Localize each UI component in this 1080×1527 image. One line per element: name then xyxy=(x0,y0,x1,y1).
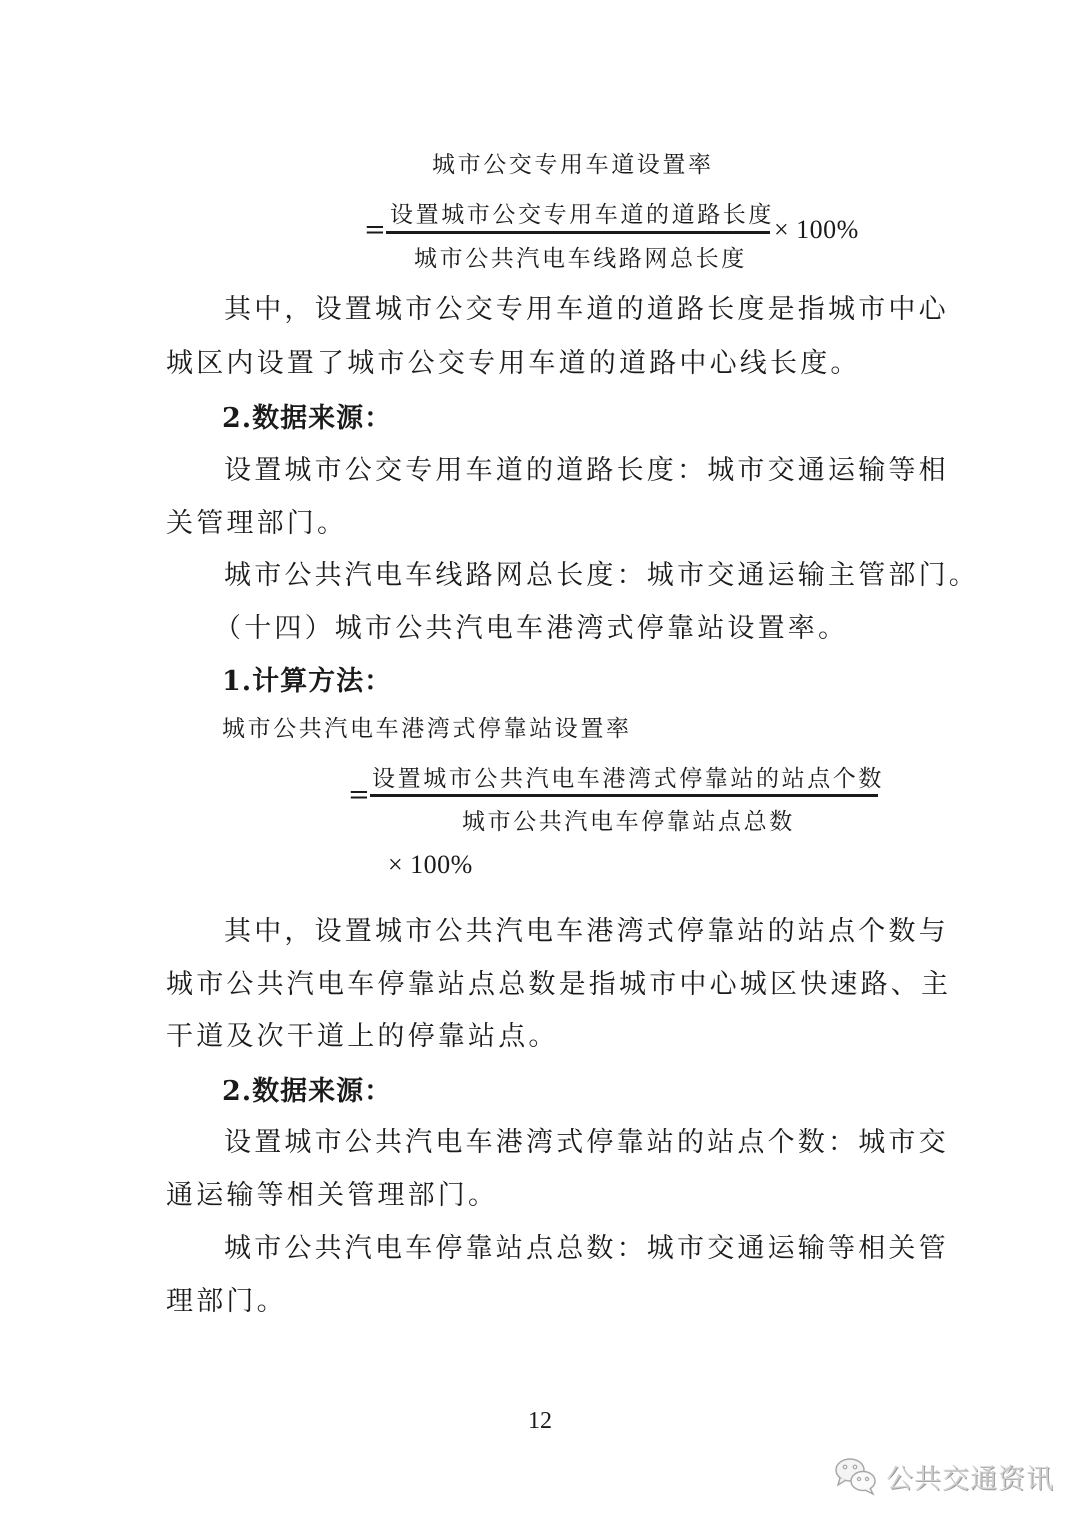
data-source-2-item2-line2: 理部门。 xyxy=(166,1279,287,1318)
calc-method-heading: 1.计算方法： xyxy=(222,659,392,698)
formula1-denominator: 城市公共汽电车线路网总长度 xyxy=(414,240,747,273)
formula2-denominator: 城市公共汽电车停靠站点总数 xyxy=(462,803,795,836)
formula1-multiplier: × 100% xyxy=(774,215,859,245)
formula2-label: 城市公共汽电车港湾式停靠站设置率 xyxy=(222,710,632,743)
data-source-2-item1-line2: 通运输等相关管理部门。 xyxy=(166,1173,498,1212)
data-source-1-item1-line2: 关管理部门。 xyxy=(166,501,347,540)
para1-line1: 其中，设置城市公交专用车道的道路长度是指城市中心 xyxy=(224,287,949,326)
wechat-icon xyxy=(834,1456,878,1496)
section14-heading: （十四）城市公共汽电车港湾式停靠站设置率。 xyxy=(214,606,848,645)
formula2-multiplier: × 100% xyxy=(388,850,473,880)
formula2-numerator: 设置城市公共汽电车港湾式停靠站的站点个数 xyxy=(372,760,884,793)
formula2-equals: = xyxy=(348,780,370,810)
formula1-label: 城市公交专用车道设置率 xyxy=(432,146,714,179)
formula1-numerator: 设置城市公交专用车道的道路长度 xyxy=(390,196,774,229)
page-number: 12 xyxy=(528,1408,552,1435)
data-source-2-item2-line1: 城市公共汽电车停靠站点总数：城市交通运输等相关管 xyxy=(224,1226,949,1265)
watermark: 公共交通资讯 xyxy=(834,1456,1054,1496)
data-source-heading-1: 2.数据来源： xyxy=(222,396,392,435)
para2-line2: 城市公共汽电车停靠站点总数是指城市中心城区快速路、主 xyxy=(166,962,951,1001)
formula1-fraction-bar xyxy=(386,231,770,234)
data-source-2-item1-line1: 设置城市公共汽电车港湾式停靠站的站点个数：城市交 xyxy=(224,1120,949,1159)
formula1-equals: = xyxy=(364,215,386,245)
formula2-fraction-bar xyxy=(370,794,878,797)
data-source-heading-2: 2.数据来源： xyxy=(222,1069,392,1108)
data-source-1-item1-line1: 设置城市公交专用车道的道路长度：城市交通运输等相 xyxy=(224,448,949,487)
para2-line1: 其中，设置城市公共汽电车港湾式停靠站的站点个数与 xyxy=(224,909,949,948)
para1-line2: 城区内设置了城市公交专用车道的道路中心线长度。 xyxy=(166,341,861,380)
para2-line3: 干道及次干道上的停靠站点。 xyxy=(166,1014,559,1053)
data-source-1-item2: 城市公共汽电车线路网总长度：城市交通运输主管部门。 xyxy=(224,553,979,592)
watermark-text: 公共交通资讯 xyxy=(886,1457,1054,1496)
